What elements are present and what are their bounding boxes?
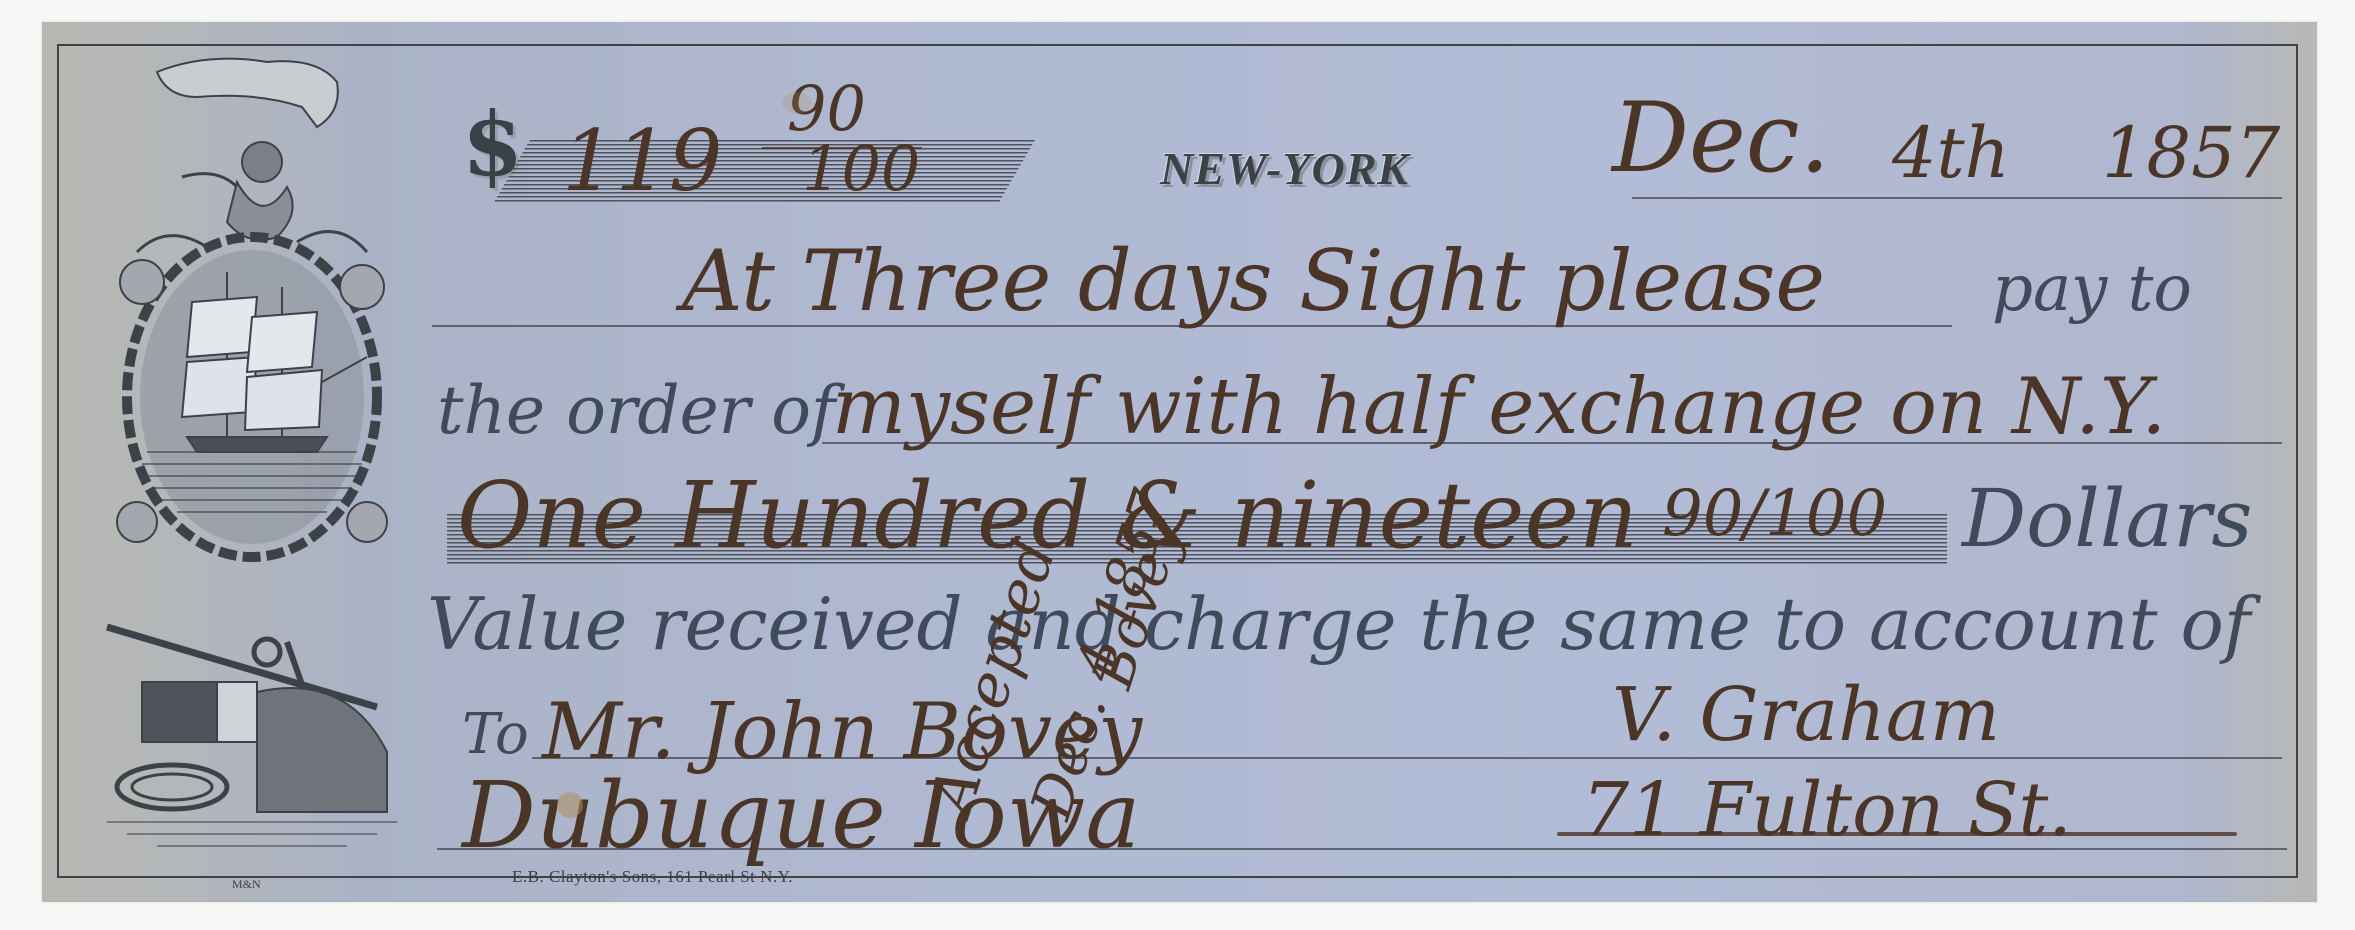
- printer-imprint: E.B. Clayton's Sons, 161 Pearl St N.Y.: [512, 867, 793, 887]
- engraver-mark: M&N: [232, 877, 261, 892]
- signature-name: V. Graham: [1612, 672, 2000, 758]
- line-3-fraction: 90/100: [1662, 477, 1887, 551]
- foxing-stain: [782, 92, 812, 114]
- place-printed: NEW-YORK: [1160, 142, 1409, 195]
- line-1-printed: pay to: [1992, 252, 2192, 326]
- line-2-printed: the order of: [437, 372, 835, 449]
- line-4-printed: Value received and charge the same to ac…: [427, 582, 2250, 666]
- date-line: [1632, 197, 2282, 199]
- date-month: Dec.: [1612, 82, 1830, 194]
- ship-vignette-engraving-icon: [87, 52, 417, 857]
- line-1-handwritten: At Three days Sight please: [682, 232, 1825, 330]
- amount-cents-denominator: 100: [802, 132, 920, 205]
- line-3-printed: Dollars: [1962, 472, 2252, 565]
- bill-of-exchange-paper: M&N $ 119 90 100 NEW-YORK Dec. 4th 1857 …: [42, 22, 2317, 902]
- date-year: 1857: [2102, 112, 2280, 194]
- amount-dollars: 119: [562, 112, 722, 210]
- line-2-handwritten: myself with half exchange on N.Y.: [832, 362, 2166, 452]
- foxing-stain: [557, 792, 583, 818]
- signature-flourish: [1557, 832, 2237, 836]
- signature-address: 71 Fulton St.: [1582, 767, 2072, 853]
- line-5-printed: To: [462, 702, 529, 767]
- date-day: 4th: [1892, 112, 2010, 194]
